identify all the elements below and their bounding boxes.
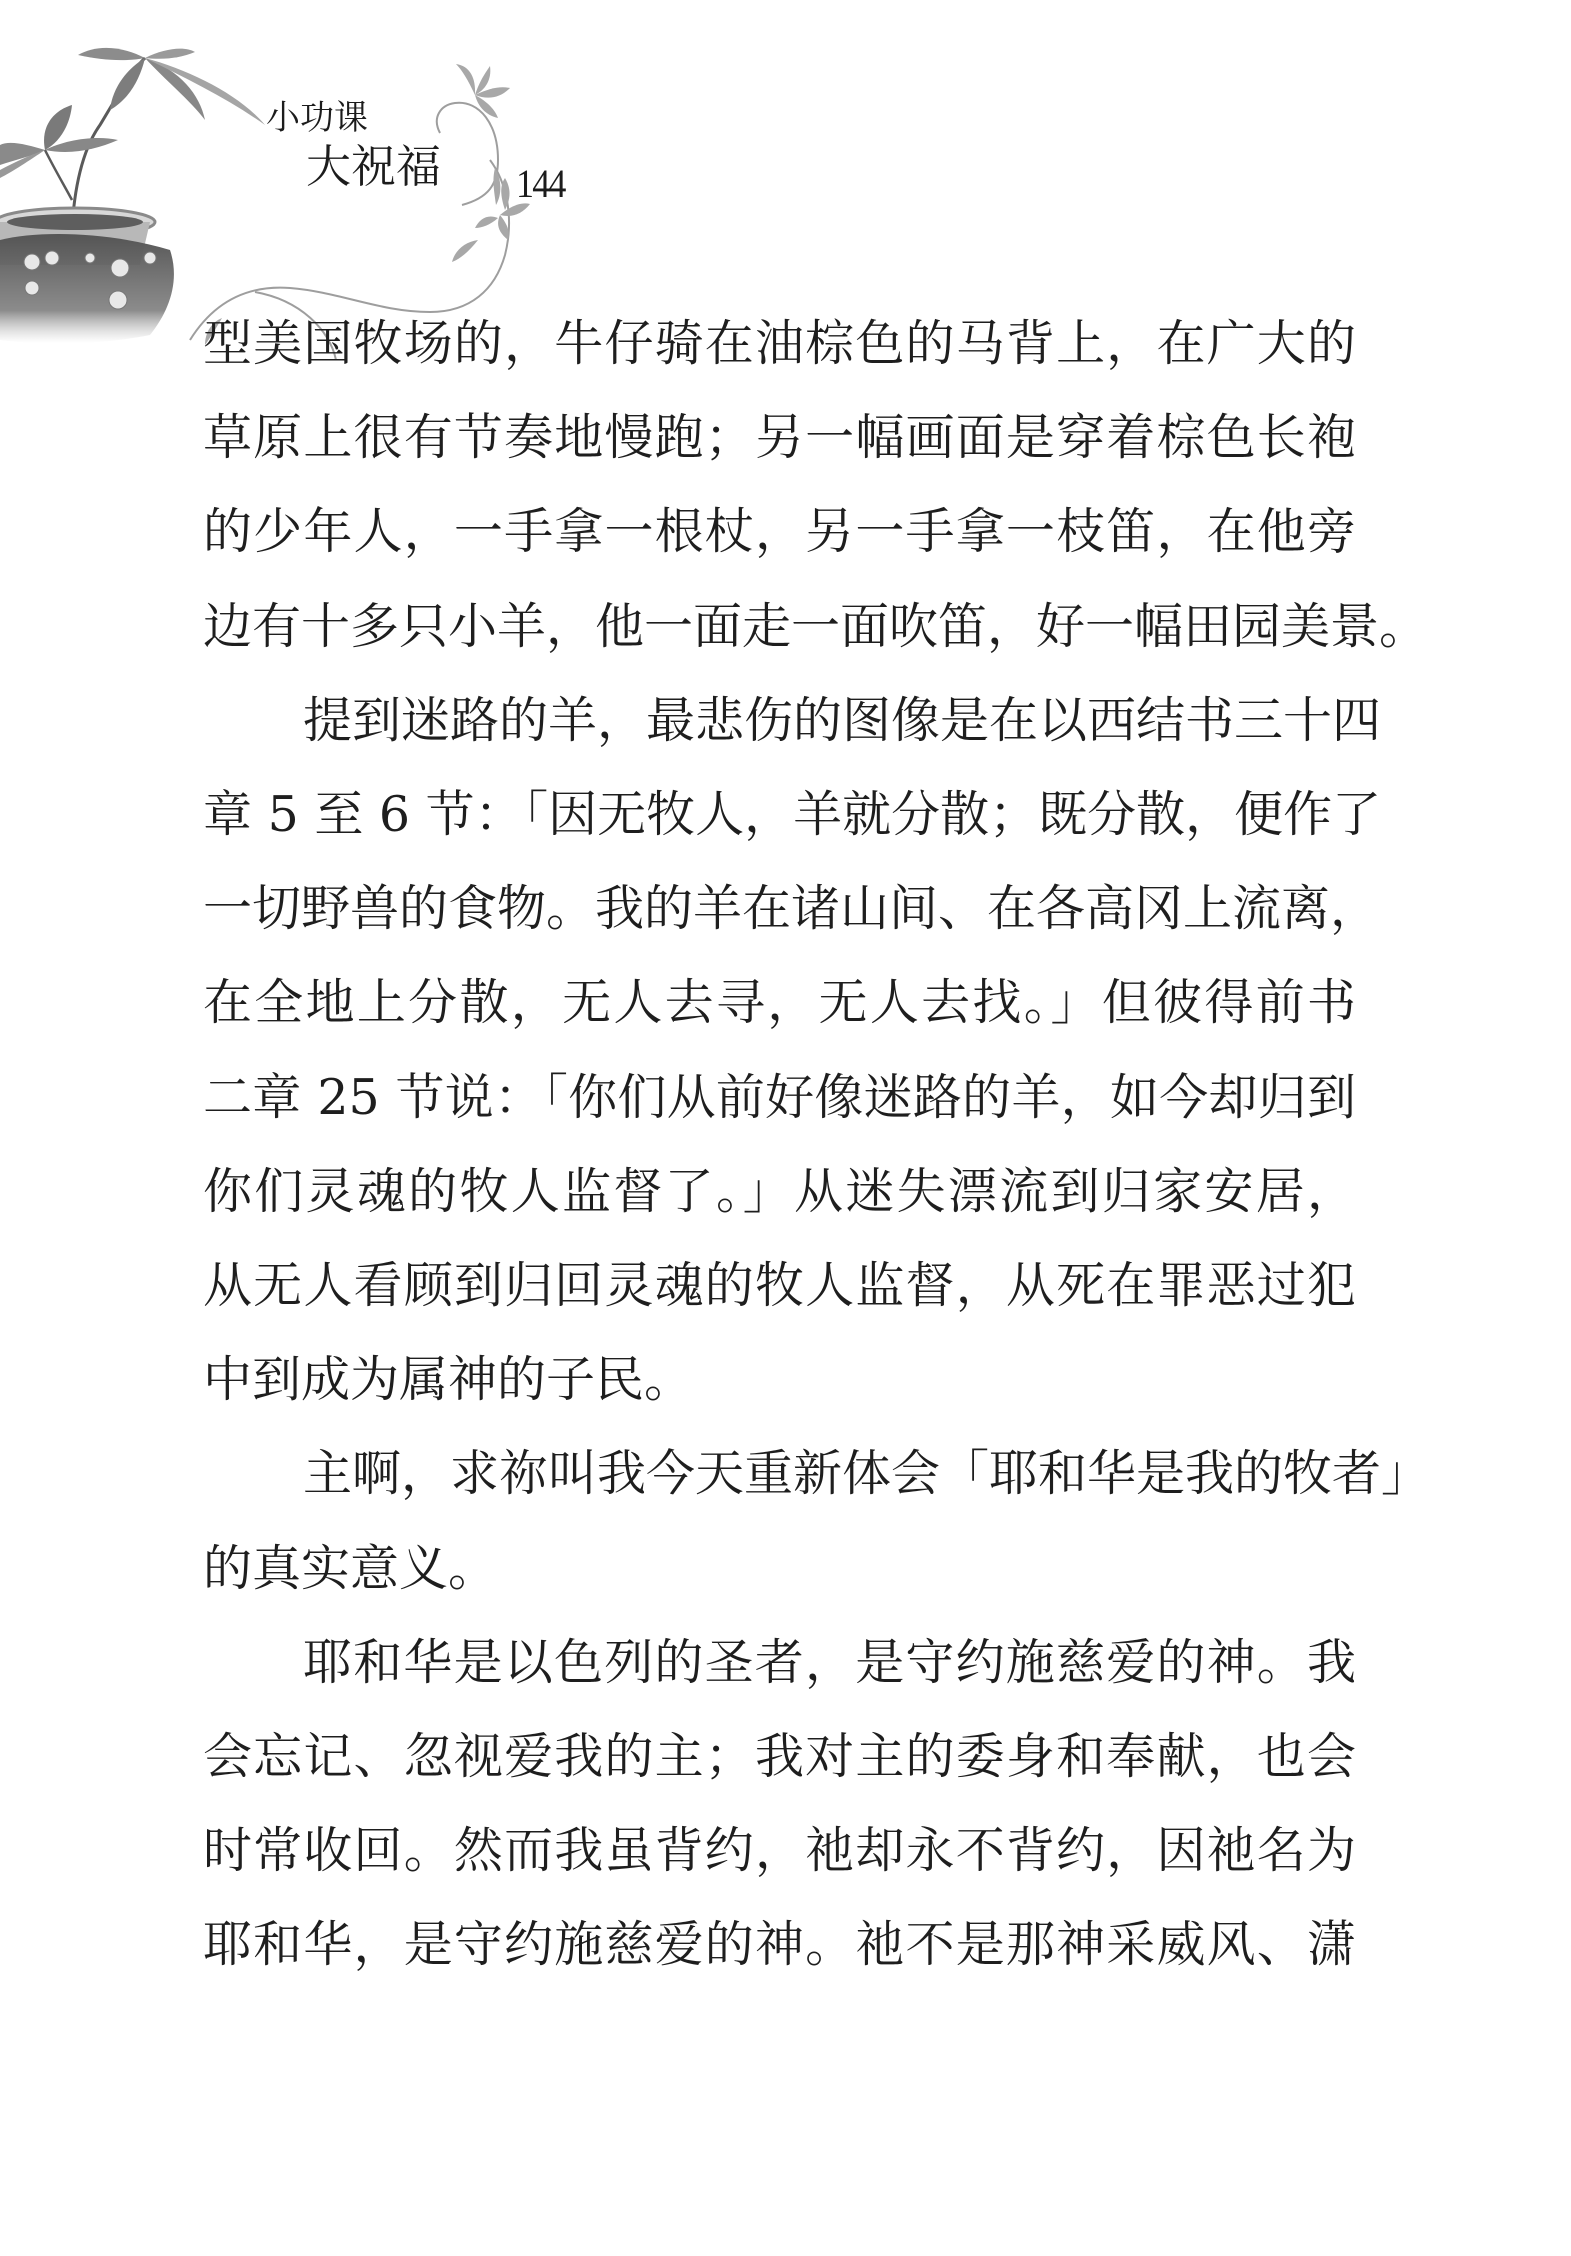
text-line: 时常收回。然而我虽背约，祂却永不背约，因祂名为 (203, 1821, 1356, 1881)
book-title: 大祝福 (306, 141, 441, 193)
scripture-quote-line: 章 5 至 6 节：「因无牧人，羊就分散；既分散，便作了 (203, 785, 1356, 845)
scripture-quote-line: 二章 25 节说：「你们从前好像迷路的羊，如今却归到 (203, 1068, 1356, 1128)
series-title: 小功课 (266, 98, 368, 138)
text-line: 草原上很有节奏地慢跑；另一幅画面是穿着棕色长袍 (203, 408, 1356, 468)
text-line: 边有十多只小羊，他一面走一面吹笛，好一幅田园美景。 (203, 597, 1356, 657)
paragraph-start-line: 提到迷路的羊，最悲伤的图像是在以西结书三十四 (203, 691, 1356, 751)
text-line: 的少年人，一手拿一根杖，另一手拿一枝笛，在他旁 (203, 502, 1356, 562)
scripture-quote-line: 一切野兽的食物。我的羊在诸山间、在各高冈上流离， (203, 879, 1356, 939)
prayer-line: 主啊，求祢叫我今天重新体会「耶和华是我的牧者」 (203, 1444, 1356, 1504)
paragraph-end-line: 的真实意义。 (203, 1539, 1356, 1599)
text-line: 耶和华，是守约施慈爱的神。祂不是那神采威风、潇 (203, 1915, 1356, 1975)
book-page: 小功课 大祝福 144 型美国牧场的，牛仔骑在油棕色的马背上，在广大的 草原上很… (0, 0, 1571, 2256)
text-line: 型美国牧场的，牛仔骑在油棕色的马背上，在广大的 (203, 314, 1356, 374)
text-line: 你们灵魂的牧人监督了。」从迷失漂流到归家安居， (203, 1162, 1356, 1222)
text-line: 会忘记、忽视爱我的主；我对主的委身和奉献，也会 (203, 1727, 1356, 1787)
scripture-quote-line: 在全地上分散，无人去寻，无人去找。」但彼得前书 (203, 973, 1356, 1033)
text-line: 从无人看顾到归回灵魂的牧人监督，从死在罪恶过犯 (203, 1256, 1356, 1316)
page-number: 144 (516, 162, 565, 206)
paragraph-start-line: 耶和华是以色列的圣者，是守约施慈爱的神。我 (203, 1633, 1356, 1693)
paragraph-end-line: 中到成为属神的子民。 (203, 1350, 1356, 1410)
